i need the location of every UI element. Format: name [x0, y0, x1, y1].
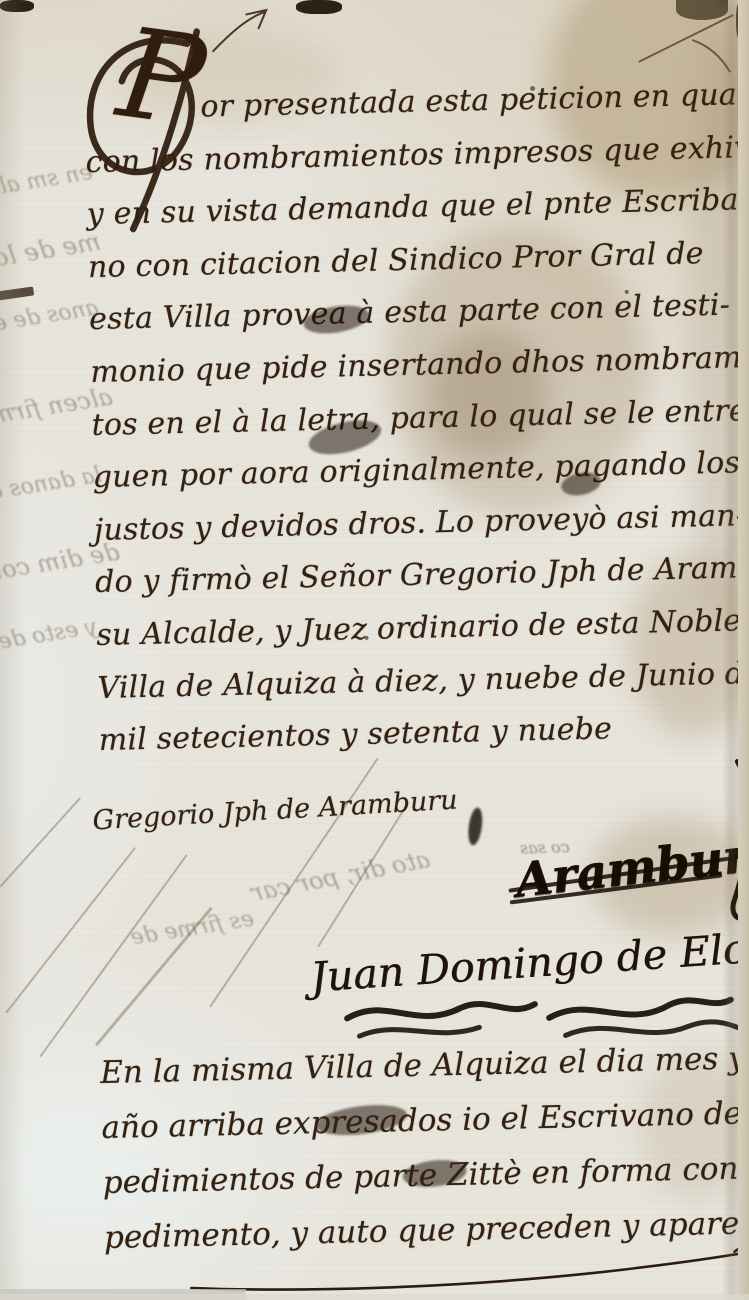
ink-speck [625, 290, 629, 294]
adjacent-page-edge [738, 0, 749, 1300]
decree-text: or presentada esta peticion en quanto à … [84, 69, 749, 768]
handwriting-layer: P or presentada esta peticion en quanto … [0, 0, 749, 1300]
pen-check-mark [206, 6, 271, 59]
ink-speck [364, 636, 368, 640]
signature-alcalde: Gregorio Jph de Aramburu [92, 784, 459, 836]
bottom-margin [0, 1294, 749, 1300]
manuscript-page: en sm als me de los anos de el alcen fir… [0, 0, 749, 1300]
ink-blot [466, 807, 484, 846]
attestation-text: En la misma Villa de Alquiza el dia mes … [100, 1031, 749, 1266]
ink-speck [530, 86, 535, 91]
page-fold-shadow [722, 0, 738, 1300]
left-edge-shadow [0, 0, 26, 1300]
